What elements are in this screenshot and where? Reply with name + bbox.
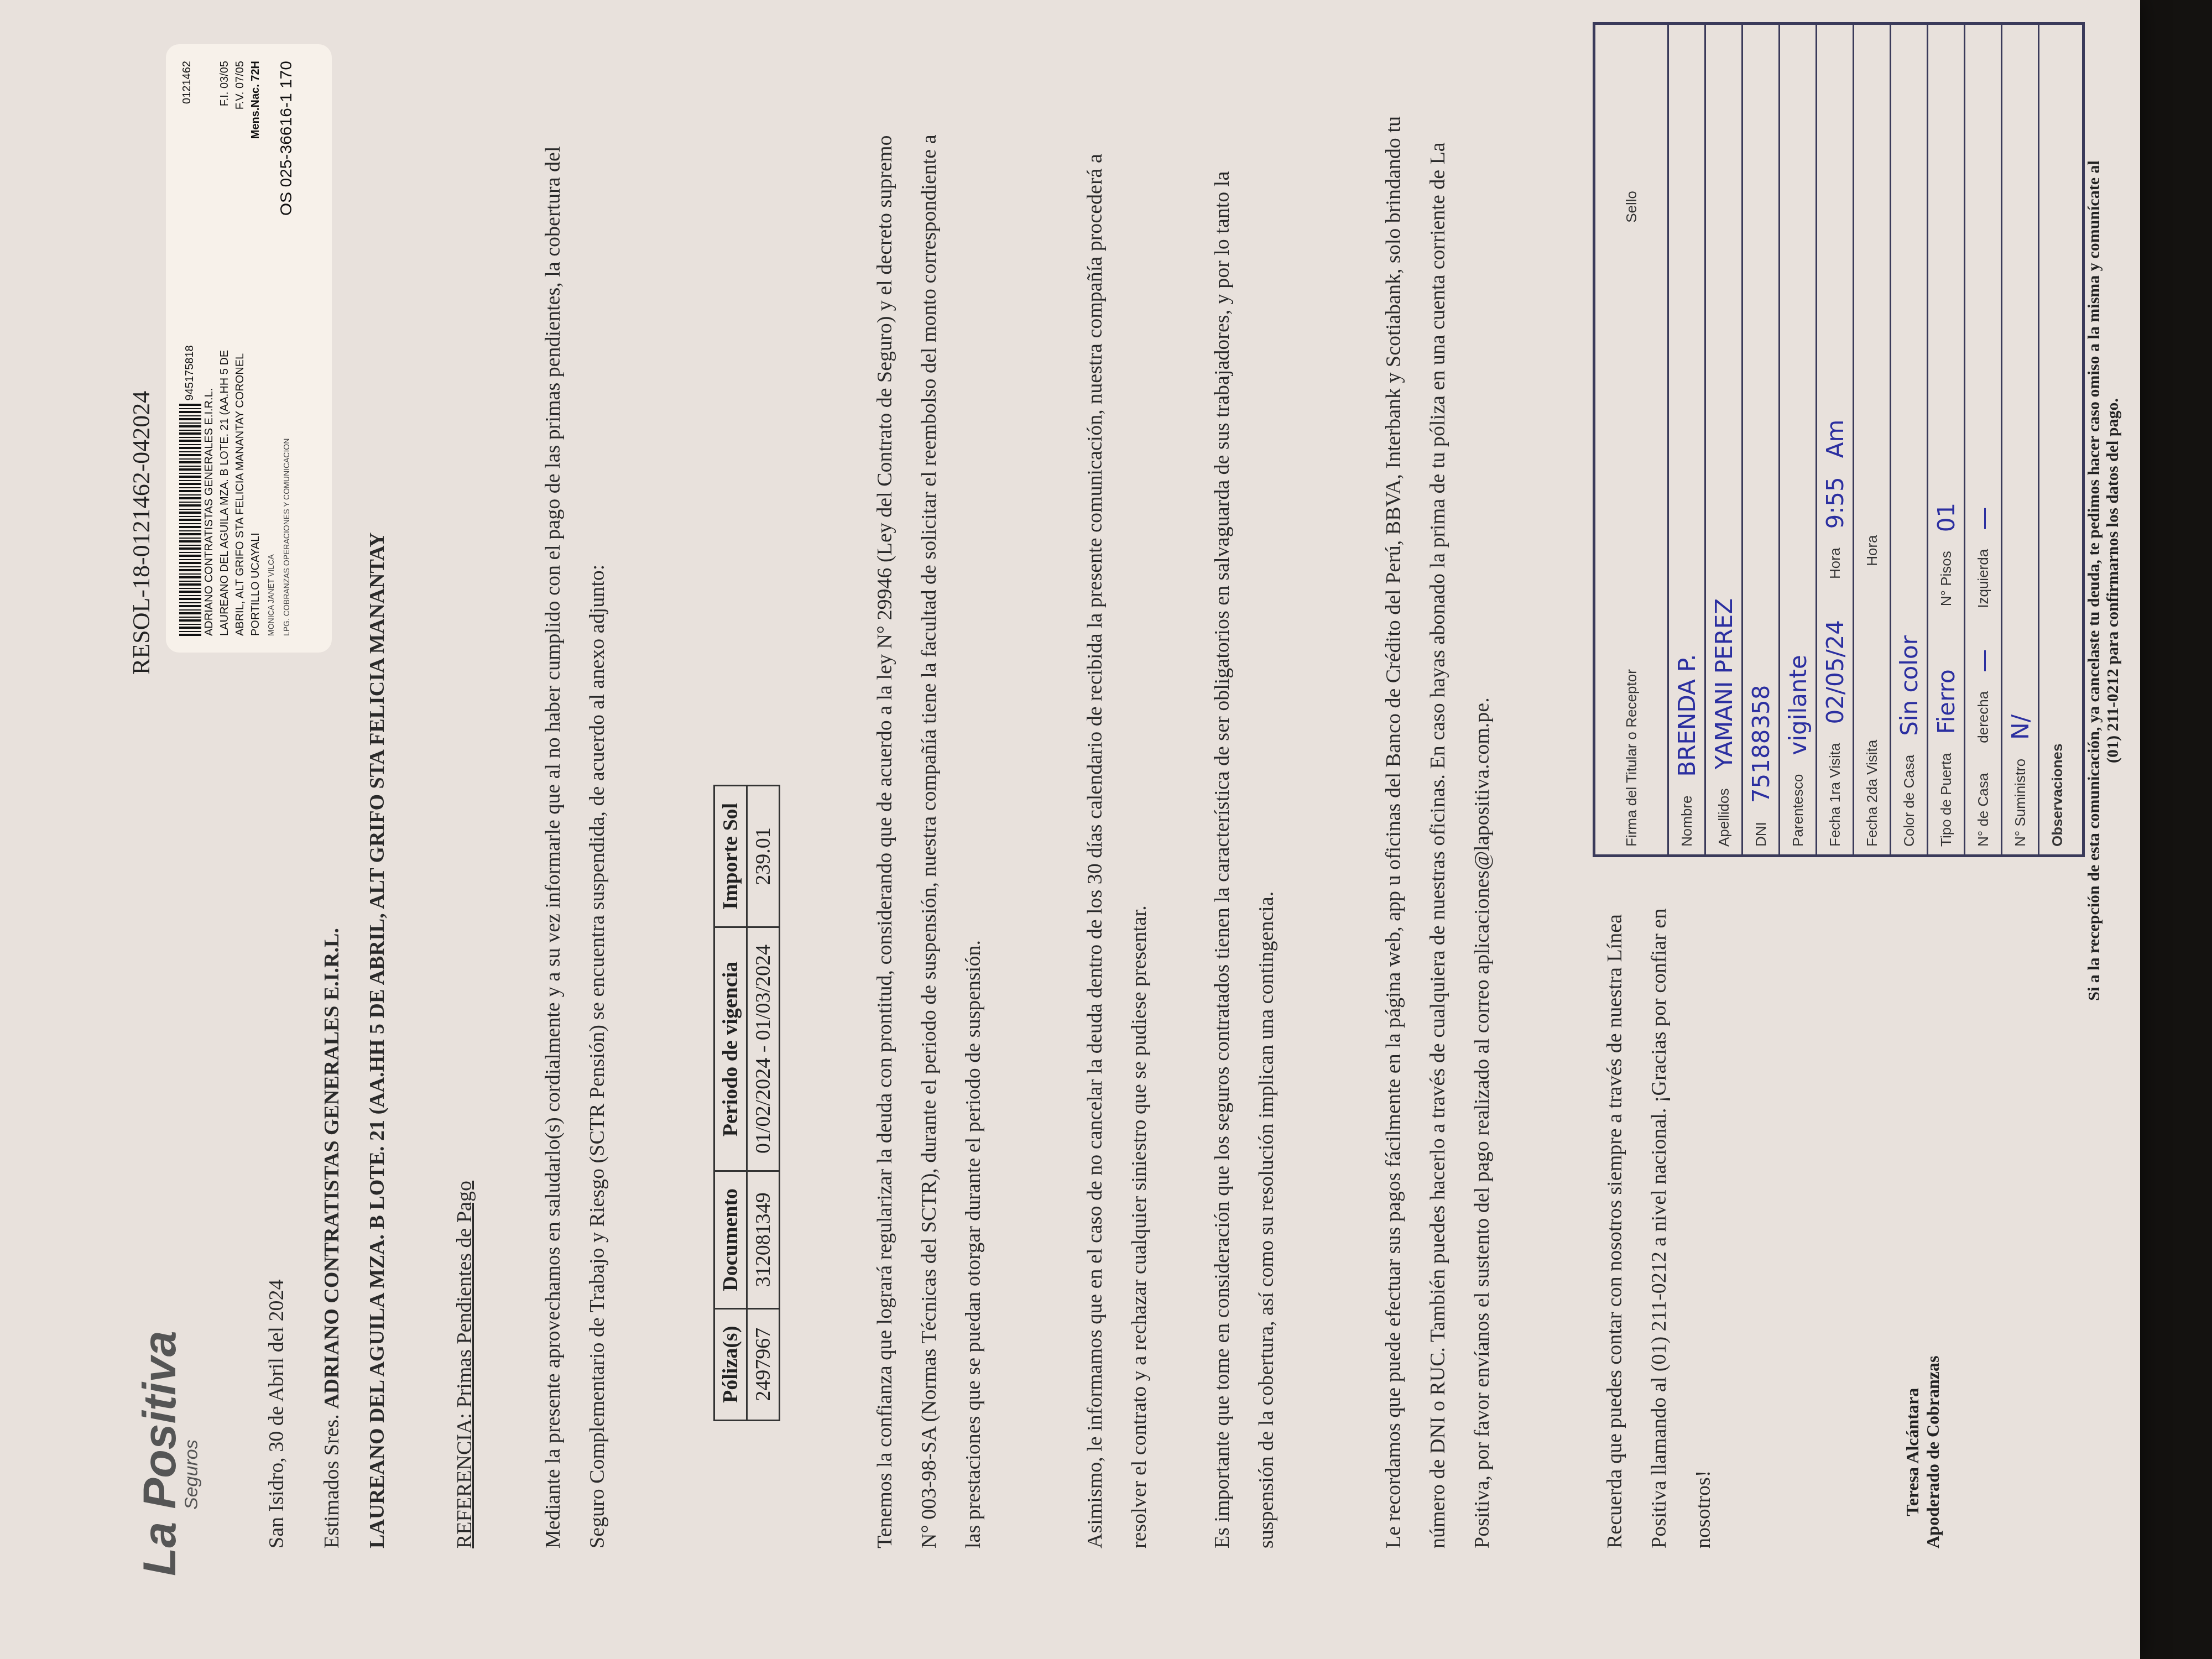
nombre-label: Nombre [1678,796,1695,854]
ampm-value: Am [1822,420,1849,466]
barcode-number: 945175818 [184,345,196,400]
table-row: 2497967 312081349 01/02/2024 - 01/03/202… [747,785,780,1420]
col-poliza: Póliza(s) [714,1308,747,1420]
mailing-label: 9451758180121462 ADRIANO CONTRATISTAS GE… [166,44,332,653]
color-value: Sin color [1896,635,1923,744]
puerta-value: Fierro [1933,669,1960,742]
footer-note: Si a la recepción de esta comunicación, … [2085,55,2122,1106]
letter-page: La Positiva Seguros RESOL-18-0121462-042… [0,0,2140,1659]
suministro-label: N° Suministro [2012,759,2029,854]
paragraph-5: Le recordamos que puede efectuar sus pag… [1371,111,1504,1548]
fi-value: 03/05 [218,61,231,88]
pending-premiums-table: Póliza(s) Documento Periodo de vigencia … [713,785,780,1421]
signer-name: Teresa Alcántara [1902,1356,1923,1548]
dni-label: DNI [1752,822,1770,854]
firma-label: Firma del Titular o Receptor [1623,669,1640,854]
color-label: Color de Casa [1901,755,1918,854]
cell-importe: 239.01 [747,785,780,927]
col-periodo: Periodo de vigencia [714,927,747,1171]
hora2-label: Hora [1864,535,1881,573]
resolution-code: RESOL-18-0121462-042024 [127,391,155,675]
cell-documento: 312081349 [747,1171,780,1308]
col-importe: Importe Sol [714,785,747,927]
fecha1-value: 02/05/24 [1822,620,1849,732]
footer-line-2: (01) 211-0212 para confirmarnos los dato… [2104,55,2122,1106]
fecha1-label: Fecha 1ra Visita [1827,743,1844,854]
fecha2-label: Fecha 2da Visita [1864,740,1881,854]
apellido-label: Apellidos [1715,788,1733,854]
fi-label: F.I. [218,92,231,107]
os-suffix: 170 [277,61,295,88]
label-company: ADRIANO CONTRATISTAS GENERALES E.I.R.L. [201,61,217,636]
casa-label: N° de Casa [1975,773,1992,854]
footer-line-1: Si a la recepción de esta comunicación, … [2085,55,2104,1106]
observaciones-label: Observaciones [2049,744,2066,854]
recipient-name: ADRIANO CONTRATISTAS GENERALES E.I.R.L. [320,928,343,1409]
logo-text: La Positiva [133,1331,185,1576]
hora1-label: Hora [1827,548,1844,587]
letter-date: San Isidro, 30 de Abril del 2024 [254,111,299,1548]
greeting-prefix: Estimados Sres. [320,1414,343,1548]
parentesco-label: Parentesco [1790,774,1807,854]
derecha-label: derecha [1975,691,1992,751]
izquierda-value: — [1970,507,1997,538]
paragraph-1: Mediante la presente aprovechamos en sal… [531,111,619,1548]
puerta-label: Tipo de Puerta [1938,753,1955,854]
paragraph-4: Es importante que tome en consideración … [1200,111,1288,1548]
nombre-value: BRENDA P. [1673,654,1700,785]
suministro-value: N/ [2007,714,2034,748]
derecha-value: — [1970,649,1997,680]
izquierda-label: Izquierda [1975,549,1992,616]
reference: REFERENCIA: Primas Pendientes de Pago [442,111,487,1548]
label-address-1: LAUREANO DEL AGUILA MZA. B LOTE. 21 (AA.… [217,350,232,636]
barcode-icon [179,404,201,636]
paragraph-6: Recuerda que puedes contar con nosotros … [1593,885,1725,1548]
dni-value: 75188358 [1747,685,1775,811]
cell-poliza: 2497967 [747,1308,780,1420]
hora1-value: 9:55 [1822,477,1849,536]
pisos-label: N° Pisos [1938,551,1955,614]
fv-value: 07/05 [234,61,246,88]
paragraph-2: Tenemos la confianza que logrará regular… [863,111,995,1548]
pisos-value: 01 [1933,503,1960,540]
apellido-value: YAMANI PEREZ [1710,598,1738,778]
signer-title: Apoderado de Cobranzas [1923,1356,1943,1548]
signature-block: Teresa Alcántara Apoderado de Cobranzas [1902,1356,1943,1548]
greeting: Estimados Sres. ADRIANO CONTRATISTAS GEN… [310,111,354,1548]
delivery-receipt-form: Firma del Titular o ReceptorSello Nombre… [1593,22,2085,857]
label-code: 0121462 [179,61,201,104]
parentesco-value: vigilante [1785,655,1812,763]
paragraph-3: Asimismo, le informamos que en el caso d… [1073,111,1161,1548]
sello-label: Sello [1623,25,1640,231]
label-address-2: ABRIL, ALT GRIFO STA FELICIA MANANTAY CO… [232,353,248,636]
col-documento: Documento [714,1171,747,1308]
recipient-address: LAUREANO DEL AGUILA MZA. B LOTE. 21 (AA.… [365,111,389,1548]
fv-label: F.V. [234,92,246,110]
cell-periodo: 01/02/2024 - 01/03/2024 [747,927,780,1171]
la-positiva-logo: La Positiva Seguros [133,1331,202,1576]
